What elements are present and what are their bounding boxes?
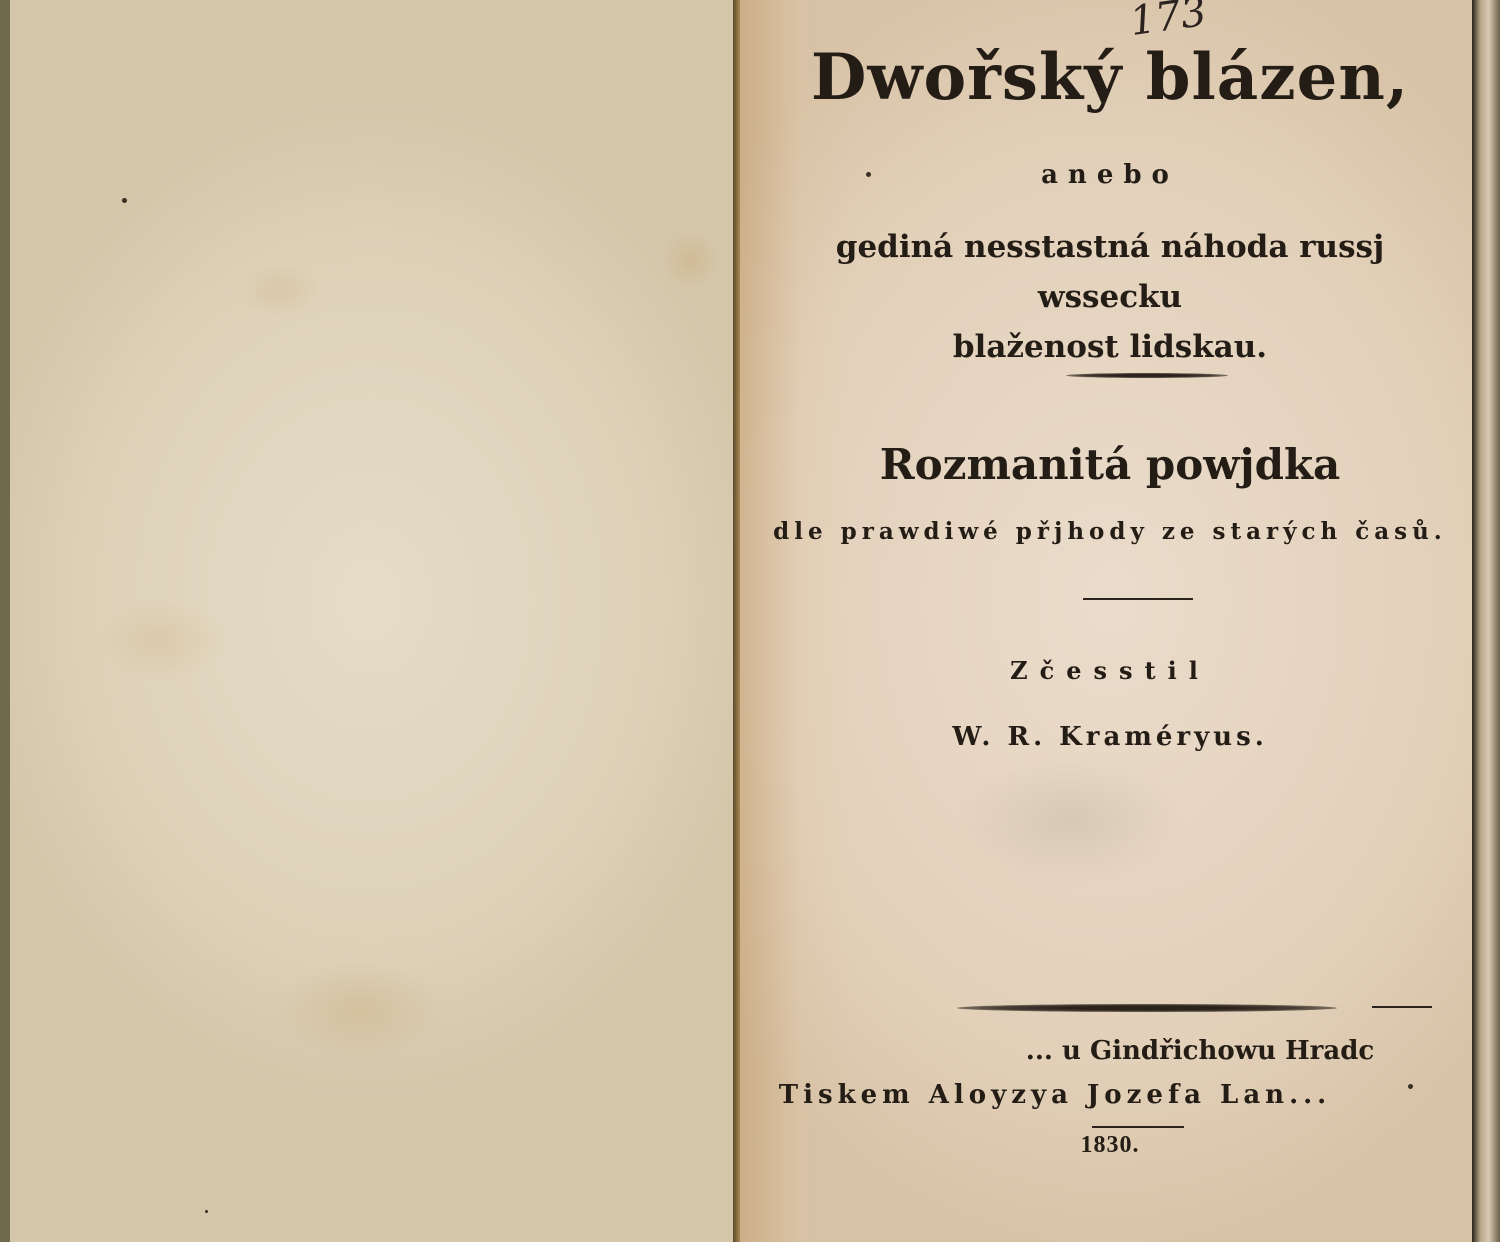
paper-speck: [1408, 1084, 1413, 1089]
book-title: Dwořský blázen,: [740, 40, 1480, 115]
year-rule: [1092, 1126, 1184, 1128]
ornamental-rule-2-tail: [1372, 1006, 1432, 1008]
subtitle-line-1: gediná nesstastná náhoda russj wssecku: [780, 222, 1440, 322]
title-conjunction: anebo: [740, 160, 1480, 190]
genre-heading: Rozmanitá powjdka: [740, 440, 1480, 489]
imprint-place: ... u Gindřichowu Hradc: [740, 1036, 1480, 1066]
subtitle-line-2: blaženost lidskau.: [780, 322, 1440, 372]
paper-speck: [205, 1210, 208, 1213]
publication-year: 1830.: [740, 1132, 1480, 1159]
translated-by-label: Zčesstil: [740, 656, 1480, 685]
imprint-printer: Tiskem Aloyzya Jozefa Lan...: [740, 1080, 1480, 1110]
paper-speck: [122, 198, 127, 203]
short-rule: [1083, 598, 1193, 600]
genre-source: dle prawdiwé přjhody ze starých časů.: [740, 518, 1480, 545]
left-page-blank: [0, 0, 735, 1242]
author-name: W. R. Kraméryus.: [740, 722, 1480, 752]
ornamental-rule-1: [1066, 373, 1228, 378]
paper-speck: [866, 172, 871, 177]
book-subtitle: gediná nesstastná náhoda russj wssecku b…: [740, 222, 1480, 372]
ornamental-rule-2: [957, 1004, 1337, 1012]
